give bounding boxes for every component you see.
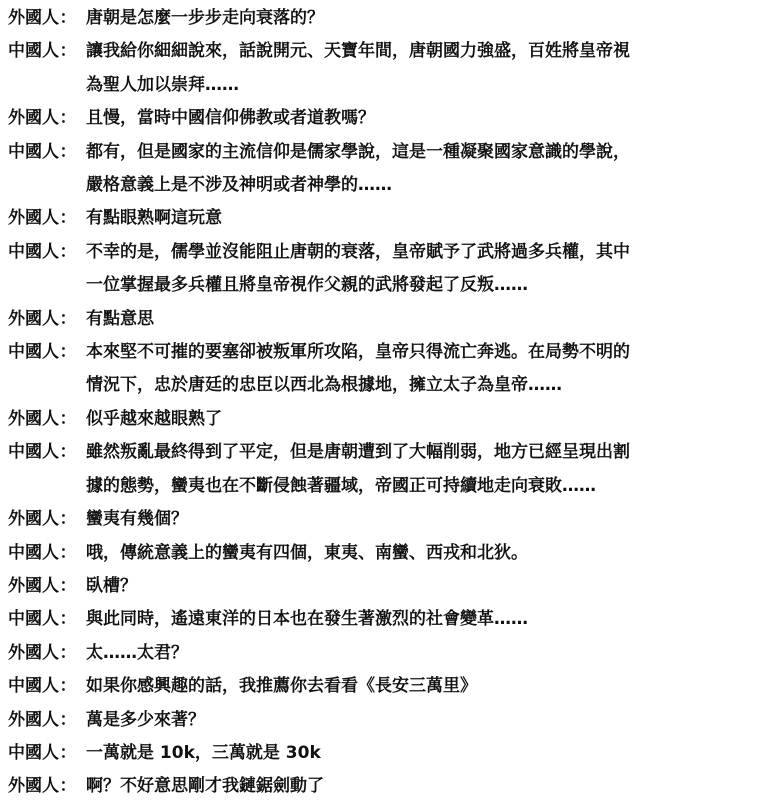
utterance-text: 本來堅不可摧的要塞卻被叛軍所攻陷，皇帝只得流亡奔逃。在局勢不明的情況下，忠於唐廷… [86, 336, 753, 403]
speaker-label: 外國人： [8, 202, 86, 235]
speaker-name: 外國人 [8, 643, 59, 663]
utterance-text: 與此同時，遙遠東洋的日本也在發生著激烈的社會變革…… [86, 603, 753, 636]
utterance-text-line: 為聖人加以崇拜…… [86, 69, 753, 102]
speaker-label: 中國人： [8, 35, 86, 68]
speaker-label: 外國人： [8, 303, 86, 336]
utterance-text-line: 一位掌握最多兵權且將皇帝視作父親的武將發起了反叛…… [86, 269, 753, 302]
speaker-separator: ： [59, 136, 77, 169]
speaker-separator: ： [59, 236, 77, 269]
speaker-separator: ： [59, 2, 77, 35]
speaker-separator: ： [59, 603, 77, 636]
dialogue-line: 外國人：萬是多少來著？ [8, 704, 753, 737]
dialogue-line: 外國人：有點眼熟啊這玩意 [8, 202, 753, 235]
speaker-separator: ： [59, 102, 77, 135]
dialogue-line: 中國人：一萬就是 10k，三萬就是 30k [8, 737, 753, 770]
speaker-label: 中國人： [8, 603, 86, 636]
utterance-text-line: 臥槽？ [86, 570, 753, 603]
utterance-text: 太……太君？ [86, 637, 753, 670]
speaker-label: 外國人： [8, 570, 86, 603]
speaker-name: 中國人 [8, 609, 59, 629]
utterance-text-line: 雖然叛亂最終得到了平定，但是唐朝遭到了大幅削弱，地方已經呈現出割 [86, 436, 753, 469]
speaker-separator: ： [59, 403, 77, 436]
utterance-text-line: 唐朝是怎麼一步步走向衰落的？ [86, 2, 753, 35]
speaker-separator: ： [59, 770, 77, 800]
speaker-separator: ： [59, 303, 77, 336]
dialogue-transcript: 外國人：唐朝是怎麼一步步走向衰落的？中國人：讓我給你細細說來，話說開元、天寶年間… [8, 2, 753, 800]
utterance-text-line: 一萬就是 10k，三萬就是 30k [86, 737, 753, 770]
utterance-text-line: 有點眼熟啊這玩意 [86, 202, 753, 235]
speaker-separator: ： [59, 336, 77, 369]
dialogue-line: 外國人：且慢，當時中國信仰佛教或者道教嗎？ [8, 102, 753, 135]
dialogue-line: 中國人：讓我給你細細說來，話說開元、天寶年間，唐朝國力強盛，百姓將皇帝視為聖人加… [8, 35, 753, 102]
speaker-name: 中國人 [8, 543, 59, 563]
utterance-text-line: 讓我給你細細說來，話說開元、天寶年間，唐朝國力強盛，百姓將皇帝視 [86, 35, 753, 68]
speaker-separator: ： [59, 704, 77, 737]
utterance-text-line: 本來堅不可摧的要塞卻被叛軍所攻陷，皇帝只得流亡奔逃。在局勢不明的 [86, 336, 753, 369]
speaker-name: 外國人 [8, 208, 59, 228]
speaker-name: 中國人 [8, 41, 59, 61]
speaker-separator: ： [59, 202, 77, 235]
speaker-label: 中國人： [8, 436, 86, 469]
speaker-label: 中國人： [8, 336, 86, 369]
utterance-text: 不幸的是，儒學並沒能阻止唐朝的衰落，皇帝賦予了武將過多兵權，其中一位掌握最多兵權… [86, 236, 753, 303]
speaker-label: 中國人： [8, 236, 86, 269]
dialogue-line: 外國人：似乎越來越眼熟了 [8, 403, 753, 436]
dialogue-line: 外國人：臥槽？ [8, 570, 753, 603]
dialogue-line: 中國人：雖然叛亂最終得到了平定，但是唐朝遭到了大幅削弱，地方已經呈現出割據的態勢… [8, 436, 753, 503]
utterance-text-line: 萬是多少來著？ [86, 704, 753, 737]
speaker-separator: ： [59, 570, 77, 603]
speaker-name: 外國人 [8, 776, 59, 796]
utterance-text: 且慢，當時中國信仰佛教或者道教嗎？ [86, 102, 753, 135]
speaker-name: 中國人 [8, 676, 59, 696]
dialogue-line: 中國人：如果你感興趣的話，我推薦你去看看《長安三萬里》 [8, 670, 753, 703]
speaker-separator: ： [59, 436, 77, 469]
utterance-text: 一萬就是 10k，三萬就是 30k [86, 737, 753, 770]
speaker-separator: ： [59, 35, 77, 68]
dialogue-line: 中國人：本來堅不可摧的要塞卻被叛軍所攻陷，皇帝只得流亡奔逃。在局勢不明的情況下，… [8, 336, 753, 403]
utterance-text-line: 都有，但是國家的主流信仰是儒家學說，這是一種凝聚國家意識的學說， [86, 136, 753, 169]
utterance-text: 都有，但是國家的主流信仰是儒家學說，這是一種凝聚國家意識的學說，嚴格意義上是不涉… [86, 136, 753, 203]
utterance-text-line: 情況下，忠於唐廷的忠臣以西北為根據地，擁立太子為皇帝…… [86, 369, 753, 402]
speaker-label: 外國人： [8, 2, 86, 35]
utterance-text-line: 據的態勢，蠻夷也在不斷侵蝕著疆域，帝國正可持續地走向衰敗…… [86, 470, 753, 503]
speaker-label: 外國人： [8, 102, 86, 135]
utterance-text: 讓我給你細細說來，話說開元、天寶年間，唐朝國力強盛，百姓將皇帝視為聖人加以崇拜…… [86, 35, 753, 102]
utterance-text-line: 與此同時，遙遠東洋的日本也在發生著激烈的社會變革…… [86, 603, 753, 636]
speaker-name: 外國人 [8, 576, 59, 596]
utterance-text-line: 太……太君？ [86, 637, 753, 670]
utterance-text-line: 蠻夷有幾個？ [86, 503, 753, 536]
utterance-text-line: 似乎越來越眼熟了 [86, 403, 753, 436]
speaker-label: 中國人： [8, 136, 86, 169]
speaker-label: 中國人： [8, 670, 86, 703]
utterance-text: 臥槽？ [86, 570, 753, 603]
dialogue-line: 中國人：哦，傳統意義上的蠻夷有四個，東夷、南蠻、西戎和北狄。 [8, 537, 753, 570]
utterance-text: 蠻夷有幾個？ [86, 503, 753, 536]
speaker-name: 外國人 [8, 710, 59, 730]
speaker-separator: ： [59, 670, 77, 703]
utterance-text-line: 且慢，當時中國信仰佛教或者道教嗎？ [86, 102, 753, 135]
speaker-name: 外國人 [8, 509, 59, 529]
speaker-label: 中國人： [8, 737, 86, 770]
speaker-name: 中國人 [8, 242, 59, 262]
dialogue-line: 外國人：蠻夷有幾個？ [8, 503, 753, 536]
speaker-label: 外國人： [8, 637, 86, 670]
speaker-separator: ： [59, 637, 77, 670]
speaker-name: 外國人 [8, 8, 59, 28]
speaker-name: 中國人 [8, 743, 59, 763]
dialogue-line: 中國人：都有，但是國家的主流信仰是儒家學說，這是一種凝聚國家意識的學說，嚴格意義… [8, 136, 753, 203]
dialogue-line: 外國人：有點意思 [8, 303, 753, 336]
speaker-label: 外國人： [8, 770, 86, 800]
utterance-text: 唐朝是怎麼一步步走向衰落的？ [86, 2, 753, 35]
speaker-separator: ： [59, 503, 77, 536]
speaker-separator: ： [59, 737, 77, 770]
dialogue-line: 外國人：唐朝是怎麼一步步走向衰落的？ [8, 2, 753, 35]
speaker-label: 外國人： [8, 403, 86, 436]
speaker-name: 外國人 [8, 108, 59, 128]
dialogue-line: 中國人：與此同時，遙遠東洋的日本也在發生著激烈的社會變革…… [8, 603, 753, 636]
utterance-text: 如果你感興趣的話，我推薦你去看看《長安三萬里》 [86, 670, 753, 703]
speaker-name: 中國人 [8, 342, 59, 362]
utterance-text: 似乎越來越眼熟了 [86, 403, 753, 436]
utterance-text: 哦，傳統意義上的蠻夷有四個，東夷、南蠻、西戎和北狄。 [86, 537, 753, 570]
utterance-text-line: 哦，傳統意義上的蠻夷有四個，東夷、南蠻、西戎和北狄。 [86, 537, 753, 570]
utterance-text: 萬是多少來著？ [86, 704, 753, 737]
utterance-text: 啊？不好意思剛才我鏈鋸劍動了 [86, 770, 753, 800]
dialogue-line: 外國人：太……太君？ [8, 637, 753, 670]
utterance-text-line: 有點意思 [86, 303, 753, 336]
utterance-text-line: 啊？不好意思剛才我鏈鋸劍動了 [86, 770, 753, 800]
utterance-text-line: 嚴格意義上是不涉及神明或者神學的…… [86, 169, 753, 202]
utterance-text: 有點意思 [86, 303, 753, 336]
speaker-name: 中國人 [8, 442, 59, 462]
speaker-label: 外國人： [8, 503, 86, 536]
speaker-name: 中國人 [8, 142, 59, 162]
utterance-text: 雖然叛亂最終得到了平定，但是唐朝遭到了大幅削弱，地方已經呈現出割據的態勢，蠻夷也… [86, 436, 753, 503]
speaker-name: 外國人 [8, 409, 59, 429]
speaker-name: 外國人 [8, 309, 59, 329]
dialogue-line: 中國人：不幸的是，儒學並沒能阻止唐朝的衰落，皇帝賦予了武將過多兵權，其中一位掌握… [8, 236, 753, 303]
utterance-text-line: 如果你感興趣的話，我推薦你去看看《長安三萬里》 [86, 670, 753, 703]
utterance-text-line: 不幸的是，儒學並沒能阻止唐朝的衰落，皇帝賦予了武將過多兵權，其中 [86, 236, 753, 269]
speaker-separator: ： [59, 537, 77, 570]
dialogue-line: 外國人：啊？不好意思剛才我鏈鋸劍動了 [8, 770, 753, 800]
speaker-label: 外國人： [8, 704, 86, 737]
speaker-label: 中國人： [8, 537, 86, 570]
utterance-text: 有點眼熟啊這玩意 [86, 202, 753, 235]
